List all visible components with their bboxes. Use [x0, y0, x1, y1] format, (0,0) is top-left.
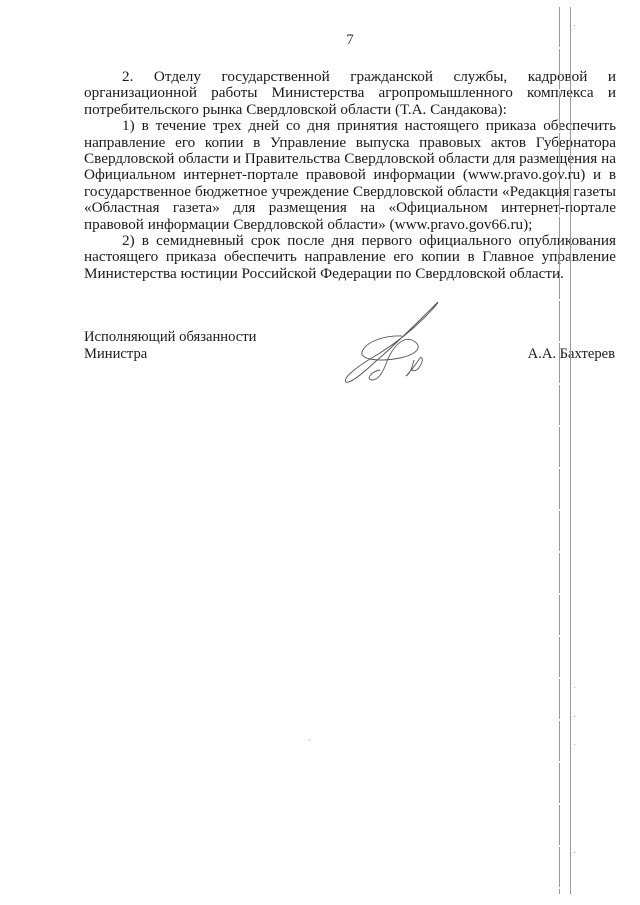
scan-speck	[574, 852, 575, 853]
scan-speck	[574, 687, 575, 688]
scan-speck	[574, 744, 575, 745]
scan-margin-line-left	[559, 7, 560, 894]
scan-speck	[309, 740, 310, 741]
paragraph-department-instruction: 2. Отделу государственной гражданской сл…	[84, 69, 616, 118]
document-body: 2. Отделу государственной гражданской сл…	[84, 69, 616, 282]
page-number: 7	[0, 32, 640, 49]
scan-speck	[574, 716, 575, 717]
signatory-position: Исполняющий обязанности Министра	[84, 329, 256, 363]
handwritten-signature-icon	[340, 300, 450, 395]
scan-speck	[574, 25, 575, 26]
position-line-1: Исполняющий обязанности	[84, 329, 256, 346]
paragraph-item-2: 2) в семидневный срок после дня первого …	[84, 233, 616, 282]
paragraph-item-1: 1) в течение трех дней со дня принятия н…	[84, 118, 616, 233]
position-line-2: Министра	[84, 346, 256, 363]
scan-margin-line-right	[570, 7, 571, 894]
signer-name: А.А. Бахтерев	[528, 346, 615, 363]
